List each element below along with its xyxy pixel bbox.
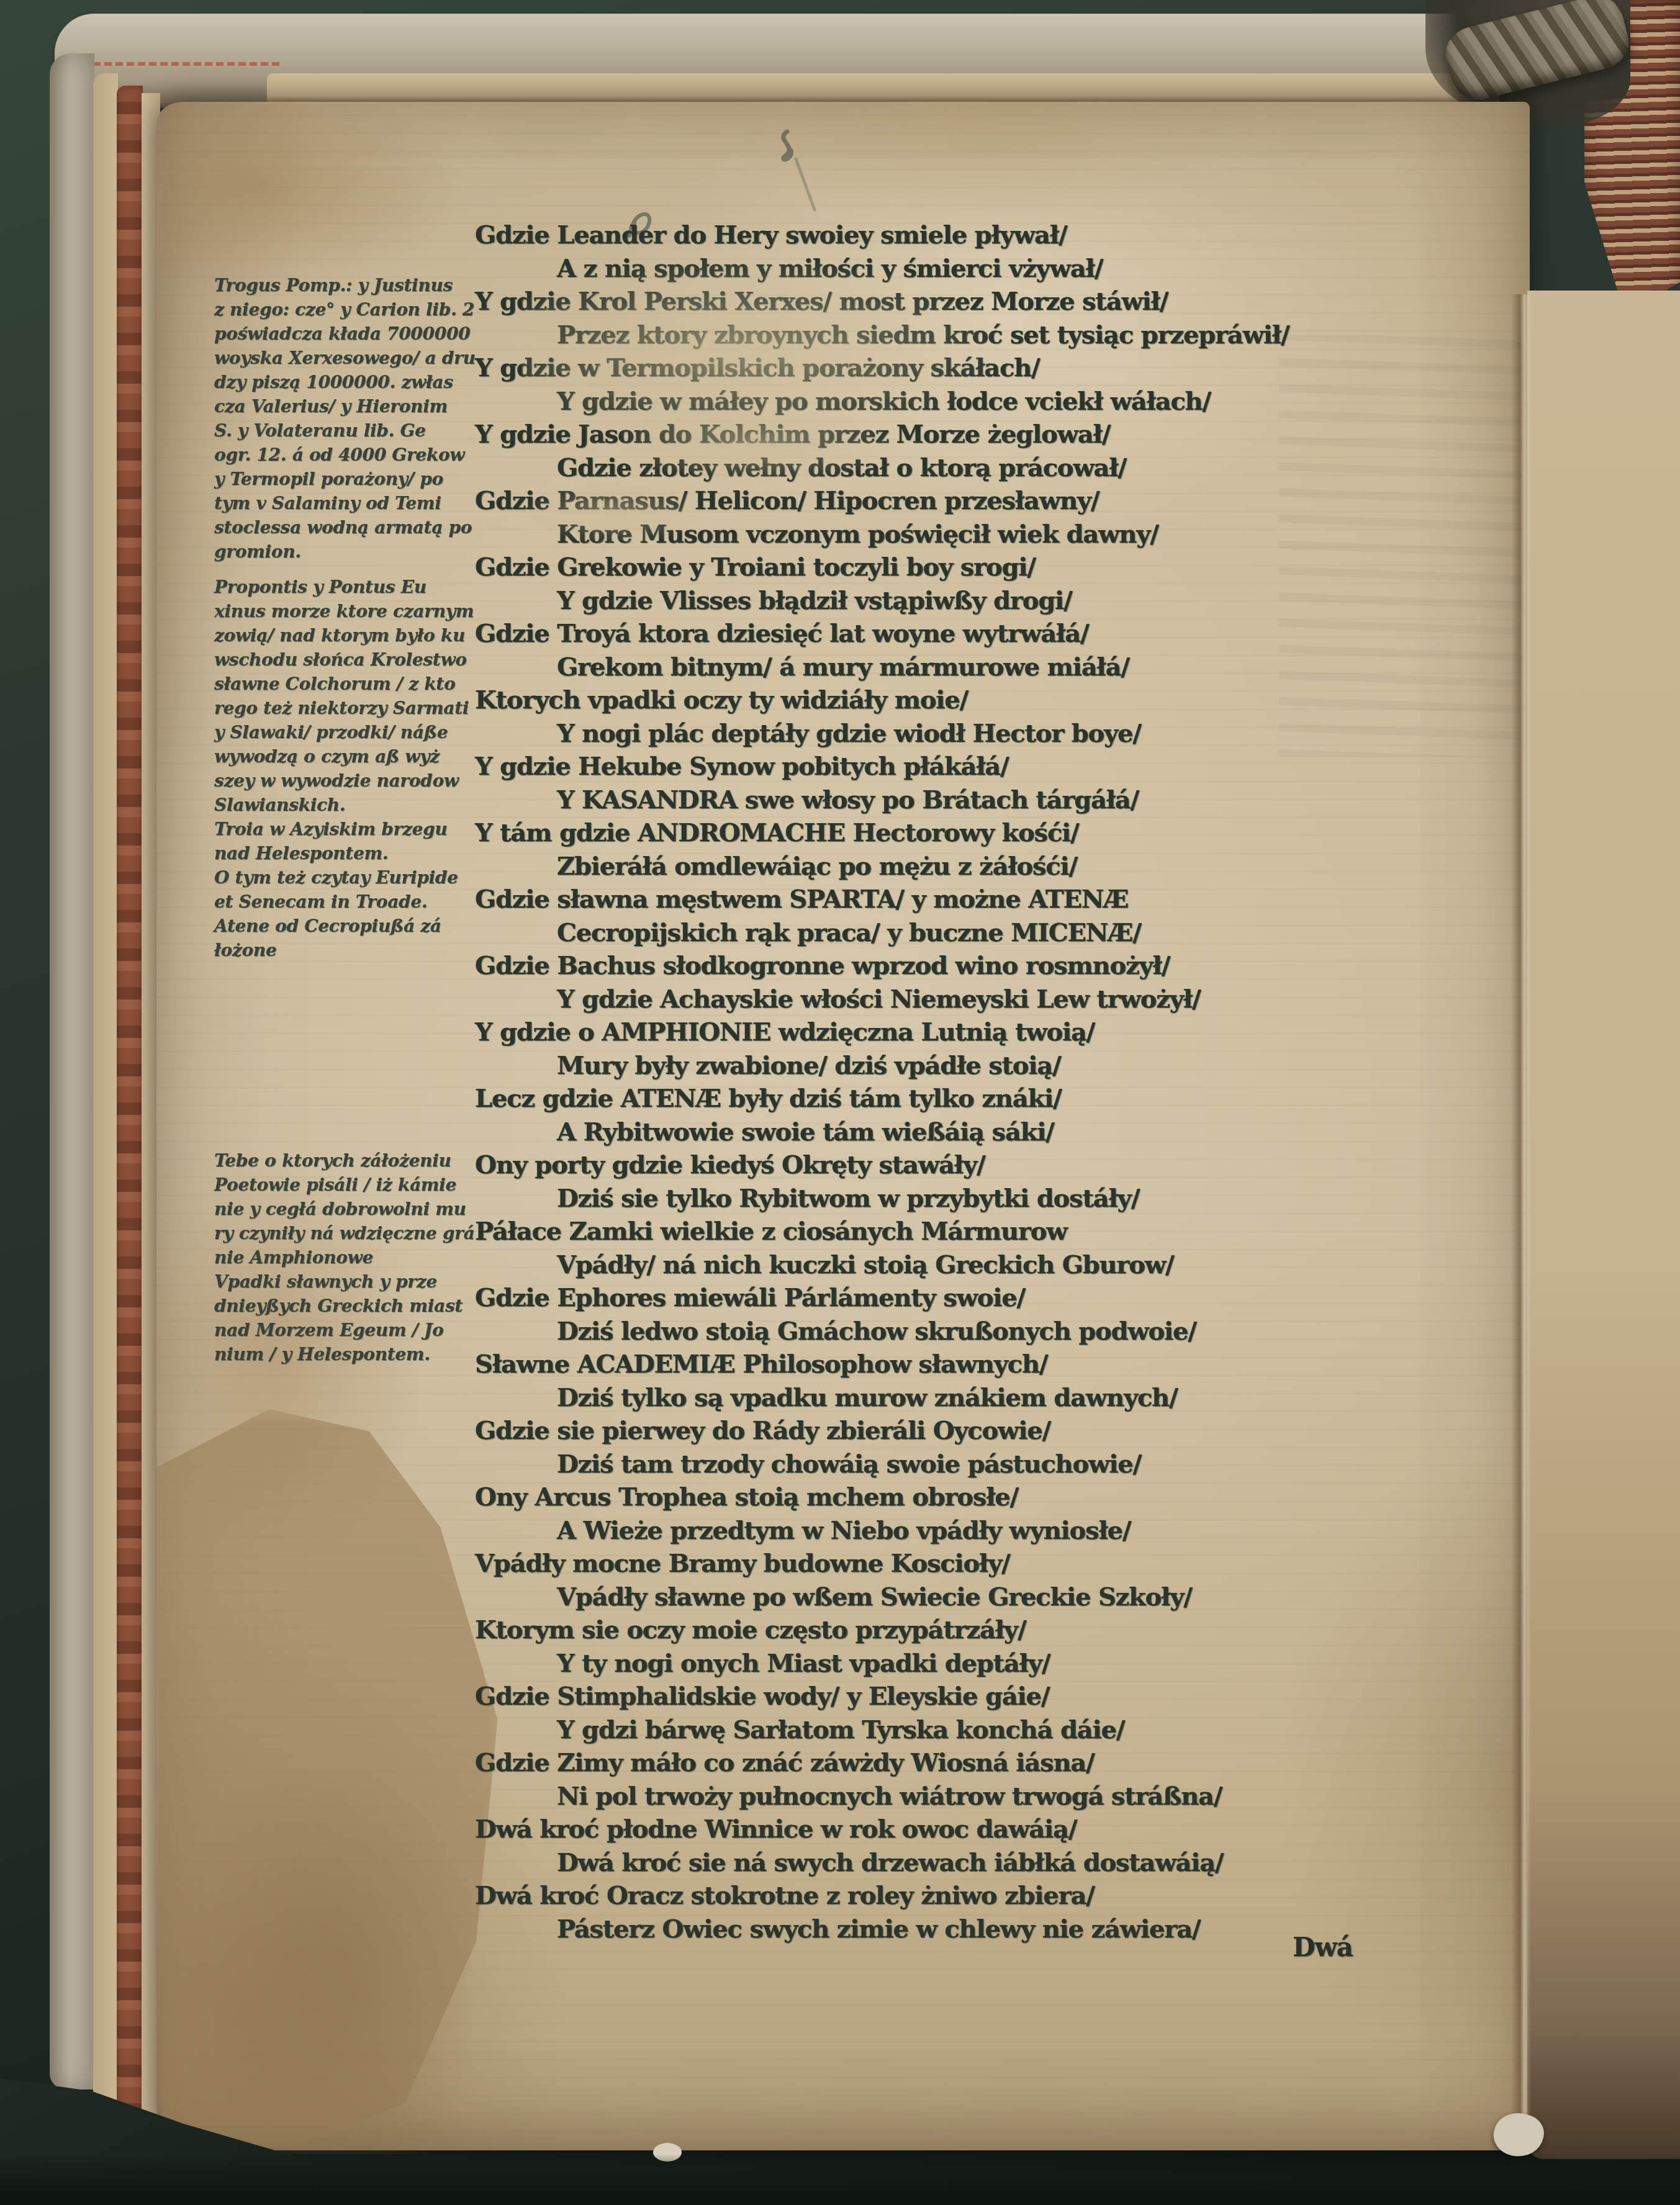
verse-line: Dziś ledwo stoią Gmáchow skrußonych podw… <box>475 1315 1406 1348</box>
vellum-cover-edge <box>50 53 94 2090</box>
verse-line: A z nią społem y miłości y śmierci vżywa… <box>475 252 1406 286</box>
margin-note-line: Trogus Pomp.: y Justinus <box>214 273 481 297</box>
verse-line: Y KASANDRA swe włosy po Brátach tárgáłá/ <box>475 783 1406 817</box>
catchword: Dwá <box>1293 1932 1353 1962</box>
verse-line: Páłace Zamki wielkie z ciosánych Mármuro… <box>475 1215 1406 1248</box>
verse-line: Ony porty gdzie kiedyś Okręty stawáły/ <box>475 1148 1406 1182</box>
verse-line: Ni pol trwoży pułnocnych wiátrow trwogá … <box>475 1780 1406 1813</box>
verse-line: A Wieże przedtym w Niebo vpádły wyniosłe… <box>475 1514 1406 1548</box>
verse-line: Y tám gdzie ANDROMACHE Hectorowy kośći/ <box>475 816 1406 850</box>
verse-line: Cecropijskich rąk praca/ y buczne MICENÆ… <box>475 916 1406 950</box>
margin-note-line: wschodu słońca Krolestwo <box>214 647 481 672</box>
leaf-edge-behind <box>267 73 1499 106</box>
margin-note-line: rego też niektorzy Sarmati <box>214 696 481 720</box>
page-stack-edge <box>93 73 118 2123</box>
margin-note-line: wywodzą o czym aß wyż <box>214 744 481 769</box>
margin-note-line: poświadcza kłada 7000000 <box>214 322 481 346</box>
verse-line: Sławne ACADEMIÆ Philosophow sławnych/ <box>475 1348 1406 1381</box>
verse-line: Ony Arcus Trophea stoią mchem obrosłe/ <box>475 1481 1406 1514</box>
margin-note-block-2: Propontis y Pontus Euxinus morze ktore c… <box>214 575 481 962</box>
verse-line: Gdzie Grekowie y Troiani toczyli boy sro… <box>475 551 1406 584</box>
verse-line: Zbieráłá omdlewáiąc po mężu z żáłośći/ <box>475 850 1406 883</box>
margin-note-line: tym v Salaminy od Temi <box>214 491 481 515</box>
handwritten-ink-mark <box>769 123 828 216</box>
facing-page-sliver <box>1527 291 1680 2159</box>
verse-line: Dziś tylko są vpadku murow znákiem dawny… <box>475 1381 1406 1415</box>
margin-note-line: nie y cegłá dobrowolni mu <box>214 1197 481 1221</box>
margin-note-line: et Senecam in Troade. <box>214 890 481 914</box>
verse-line: Y gdzie Achayskie włości Niemeyski Lew t… <box>475 983 1406 1016</box>
margin-note-line: zowią/ nad ktorym było ku <box>214 623 481 647</box>
margin-note-line: Atene od Cecropiußá zá <box>214 914 481 938</box>
verse-line: Gdzie sie pierwey do Rády zbieráli Oycow… <box>475 1414 1406 1448</box>
margin-note-line: Troia w Azyiskim brzegu <box>214 817 481 841</box>
background-bottom-shadow <box>0 2154 1680 2205</box>
verse-line: Dwá kroć płodne Winnice w rok owoc dawái… <box>475 1813 1406 1846</box>
scanned-book-photo: { "page": { "catchword": "Dwá", "colors"… <box>0 0 1680 2205</box>
margin-note-line: nad Morzem Egeum / Jo <box>214 1318 481 1342</box>
verse-line: Pásterz Owiec swych zimie w chlewy nie z… <box>475 1913 1406 1946</box>
cover-stitch-line <box>93 62 279 66</box>
margin-note-line: dzy piszą 1000000. zwłas <box>214 370 481 394</box>
verse-line: Ktorym sie oczy moie często przypátrzáły… <box>475 1613 1406 1647</box>
verse-line: Y nogi plác deptáły gdzie wiodł Hector b… <box>475 717 1406 751</box>
verse-line: Gdzie Troyá ktora dziesięć lat woyne wyt… <box>475 617 1406 651</box>
margin-note-block-3: Tebe o ktorych záłożeniuPoetowie pisáli … <box>214 1148 481 1366</box>
verse-line: Ktore Musom vczonym poświęcił wiek dawny… <box>475 518 1406 551</box>
verse-line: Grekom bitnym/ á mury mármurowe miáłá/ <box>475 651 1406 684</box>
margin-note-line: cza Valerius/ y Hieronim <box>214 394 481 418</box>
verse-line: Y gdzie o AMPHIONIE wdzięczna Lutnią two… <box>475 1016 1406 1049</box>
margin-note-line: ogr. 12. á od 4000 Grekow <box>214 443 481 467</box>
margin-note-line: S. y Volateranu lib. Ge <box>214 418 481 443</box>
margin-note-line: stoclessa wodną armatą po <box>214 515 481 539</box>
margin-note-line: Vpadki sławnych y prze <box>214 1269 481 1294</box>
verse-line: Dwá kroć sie ná swych drzewach iábłká do… <box>475 1846 1406 1880</box>
margin-note-line: Tebe o ktorych záłożeniu <box>214 1148 481 1173</box>
margin-note-line: Poetowie pisáli / iż kámie <box>214 1173 481 1197</box>
verse-line: Dziś tam trzody chowáią swoie pástuchowi… <box>475 1448 1406 1481</box>
verse-line: A Rybitwowie swoie tám wießáią sáki/ <box>475 1116 1406 1149</box>
margin-note-block-1: Trogus Pomp.: y Justinusz niego: cze° y … <box>214 273 481 564</box>
margin-note-line: Propontis y Pontus Eu <box>214 575 481 599</box>
verse-line: Vpádły sławne po wßem Swiecie Greckie Sz… <box>475 1580 1406 1614</box>
page-stack-red-edge <box>117 86 143 2127</box>
verse-line: Gdzie Parnasus/ Helicon/ Hipocren przesł… <box>475 484 1406 518</box>
verse-line: Przez ktory zbroynych siedm kroć set tys… <box>475 318 1406 352</box>
verse-line: Y ty nogi onych Miast vpadki deptáły/ <box>475 1647 1406 1680</box>
margin-note-line: z niego: cze° y Carion lib. 2 <box>214 297 481 322</box>
margin-note-line: sławne Colchorum / z kto <box>214 672 481 696</box>
verse-line: Gdzie Leander do Hery swoiey smiele pływ… <box>475 219 1406 252</box>
verse-column: Gdzie Leander do Hery swoiey smiele pływ… <box>475 219 1406 1946</box>
gutter-crease <box>1511 294 1531 2149</box>
verse-line: Mury były zwabione/ dziś vpádłe stoią/ <box>475 1049 1406 1083</box>
verse-line: Y gdzie Vlisses błądził vstąpiwßy drogi/ <box>475 584 1406 618</box>
verse-line: Vpádły mocne Bramy budowne Koscioły/ <box>475 1547 1406 1580</box>
verse-line: Gdzie Stimphalidskie wody/ y Eleyskie gá… <box>475 1680 1406 1713</box>
verse-line: Dwá kroć Oracz stokrotne z roley żniwo z… <box>475 1879 1406 1913</box>
verse-line: Vpádły/ ná nich kuczki stoią Greckich Gb… <box>475 1248 1406 1282</box>
verse-line: Y gdzie w máłey po morskich łodce vciekł… <box>475 385 1406 418</box>
verse-line: Gdzie sławna męstwem SPARTA/ y możne ATE… <box>475 883 1406 916</box>
margin-note-line: xinus morze ktore czarnym <box>214 599 481 623</box>
margin-note-line: nie Amphionowe <box>214 1245 481 1269</box>
margin-note-line: gromion. <box>214 539 481 564</box>
margin-note-line: szey w wywodzie narodow <box>214 769 481 793</box>
verse-line: Y gdzie w Termopilskich porażony skáłach… <box>475 351 1406 385</box>
verse-line: Lecz gdzie ATENÆ były dziś tám tylko zná… <box>475 1082 1406 1116</box>
verse-line: Gdzie Ephores miewáli Párlámenty swoie/ <box>475 1281 1406 1315</box>
margin-note-line: łożone <box>214 938 481 962</box>
margin-note-line: Slawianskich. <box>214 793 481 817</box>
margin-note-line: ry czyniły ná wdzięczne grá <box>214 1221 481 1245</box>
margin-note-line: nium / y Helespontem. <box>214 1342 481 1366</box>
margin-note-line: nad Helespontem. <box>214 841 481 865</box>
verse-line: Gdzie złotey wełny dostał o ktorą prácow… <box>475 451 1406 485</box>
verse-line: Dziś sie tylko Rybitwom w przybytki dost… <box>475 1182 1406 1215</box>
margin-note-line: dnieyßych Greckich miast <box>214 1294 481 1318</box>
margin-note-line: woyska Xerxesowego/ a dru <box>214 346 481 370</box>
margin-note-line: O tym też czytay Euripide <box>214 865 481 890</box>
verse-line: Y gdzi bárwę Sarłatom Tyrska konchá dáie… <box>475 1713 1406 1747</box>
verse-line: Gdzie Zimy máło co znáć záwżdy Wiosná iá… <box>475 1746 1406 1780</box>
margin-note-line: y Termopil porażony/ po <box>214 467 481 491</box>
verse-line: Y gdzie Krol Perski Xerxes/ most przez M… <box>475 285 1406 318</box>
verse-line: Ktorych vpadki oczy ty widziáły moie/ <box>475 683 1406 717</box>
verse-line: Gdzie Bachus słodkogronne wprzod wino ro… <box>475 949 1406 983</box>
margin-note-line: y Slawaki/ przodki/ náße <box>214 720 481 744</box>
verse-line: Y gdzie Jason do Kolchim przez Morze żeg… <box>475 418 1406 451</box>
verse-line: Y gdzie Hekube Synow pobitych płákáłá/ <box>475 750 1406 783</box>
